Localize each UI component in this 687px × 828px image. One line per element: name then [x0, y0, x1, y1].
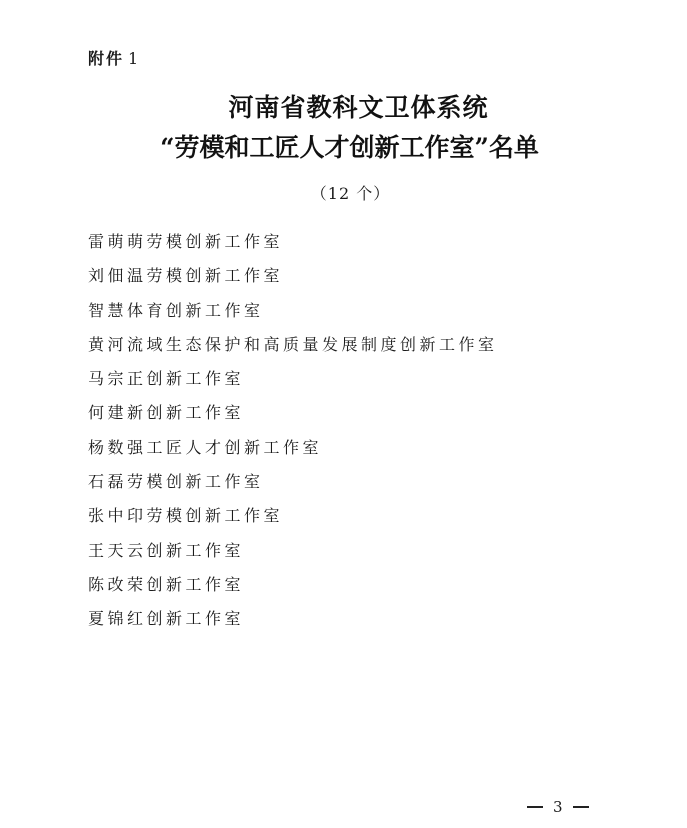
list-item: 雷萌萌劳模创新工作室 — [88, 230, 498, 264]
page-number: 3 — [553, 798, 563, 816]
dash-right — [573, 806, 589, 808]
list-item: 夏锦红创新工作室 — [88, 607, 498, 641]
list-item: 石磊劳模创新工作室 — [88, 470, 498, 504]
list-item: 王天云创新工作室 — [88, 539, 498, 573]
list-item: 智慧体育创新工作室 — [88, 299, 498, 333]
studio-count: （12 个） — [0, 181, 687, 204]
studio-list: 雷萌萌劳模创新工作室 刘佃温劳模创新工作室 智慧体育创新工作室 黄河流域生态保护… — [88, 230, 498, 642]
title-line-1: 河南省教科文卫体系统 — [0, 88, 687, 124]
attachment-number: 1 — [128, 49, 140, 68]
dash-left — [527, 806, 543, 808]
attachment-text: 附件 — [88, 49, 124, 68]
list-item: 何建新创新工作室 — [88, 401, 498, 435]
list-item: 张中印劳模创新工作室 — [88, 504, 498, 538]
list-item: 杨数强工匠人才创新工作室 — [88, 436, 498, 470]
title-line-2: “劳模和工匠人才创新工作室”名单 — [0, 128, 687, 164]
list-item: 黄河流域生态保护和高质量发展制度创新工作室 — [88, 333, 498, 367]
list-item: 陈改荣创新工作室 — [88, 573, 498, 607]
document-page: 附件1 河南省教科文卫体系统 “劳模和工匠人才创新工作室”名单 （12 个） 雷… — [0, 0, 687, 828]
list-item: 刘佃温劳模创新工作室 — [88, 264, 498, 298]
page-footer: 3 — [527, 798, 589, 816]
list-item: 马宗正创新工作室 — [88, 367, 498, 401]
attachment-label: 附件1 — [88, 46, 140, 69]
